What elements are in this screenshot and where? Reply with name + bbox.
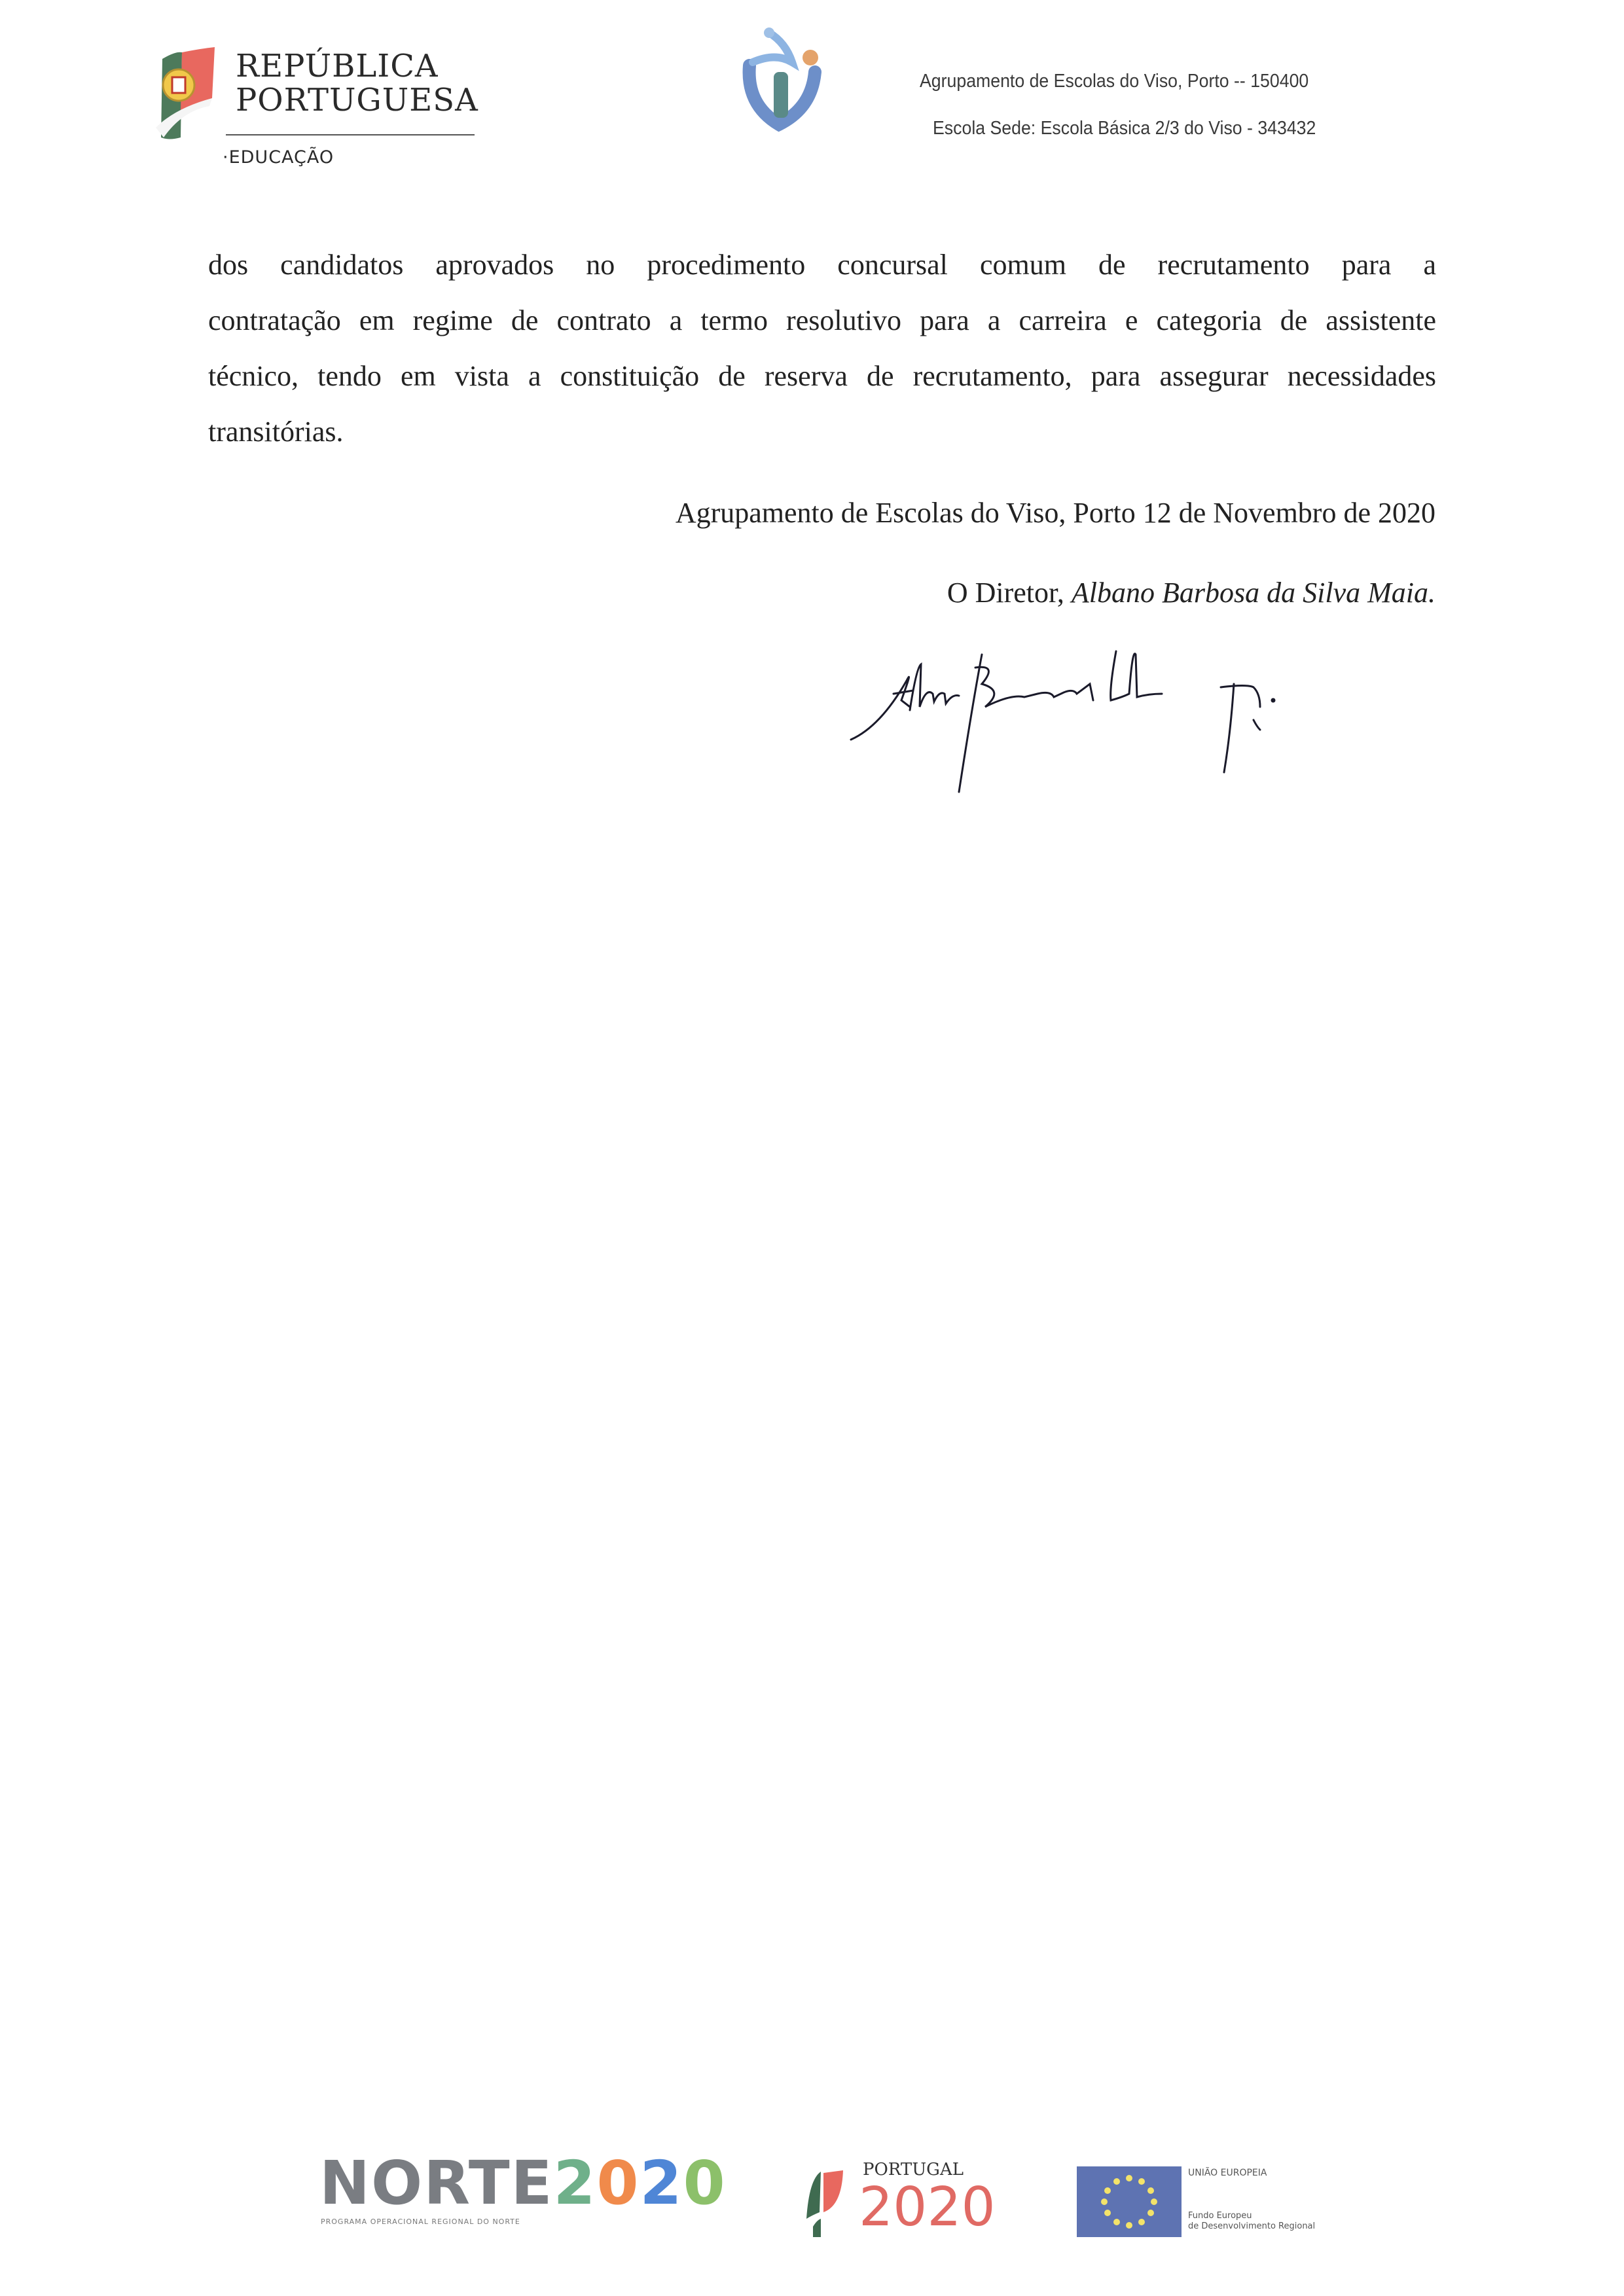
ministry-subtitle: ·EDUCAÇÃO xyxy=(223,147,334,168)
school-group-logo-icon xyxy=(740,26,825,137)
header-divider xyxy=(226,134,475,135)
eu-fund: Fundo Europeu de Desenvolvimento Regiona… xyxy=(1188,2211,1315,2232)
director-signoff: O Diretor, Albano Barbosa da Silva Maia. xyxy=(947,576,1435,609)
norte-subtitle: PROGRAMA OPERACIONAL REGIONAL DO NORTE xyxy=(321,2217,520,2226)
school-group-name: Agrupamento de Escolas do Viso, Porto --… xyxy=(920,71,1308,92)
body-paragraph: dos candidatos aprovados no procedimento… xyxy=(208,237,1436,459)
republica-portuguesa-title: REPÚBLICA PORTUGUESA xyxy=(236,49,478,117)
title-line-1: REPÚBLICA xyxy=(236,49,478,83)
body-line: transitórias. xyxy=(208,404,1436,459)
director-name: Albano Barbosa da Silva Maia. xyxy=(1072,577,1435,609)
eu-fund-line: Fundo Europeu xyxy=(1188,2211,1315,2221)
eu-fund-line: de Desenvolvimento Regional xyxy=(1188,2221,1315,2232)
norte-2020-logo: NORTE2020 xyxy=(319,2153,727,2214)
norte-digit: 2 xyxy=(554,2148,597,2218)
norte-digit: 0 xyxy=(597,2148,640,2218)
body-line: contratação em regime de contrato a term… xyxy=(208,293,1436,348)
place-and-date: Agrupamento de Escolas do Viso, Porto 12… xyxy=(676,496,1435,529)
eu-flag-icon xyxy=(1077,2166,1182,2237)
school-seat-name: Escola Sede: Escola Básica 2/3 do Viso -… xyxy=(933,118,1316,139)
portugal-2020-flag-icon xyxy=(804,2166,846,2238)
eu-title: UNIÃO EUROPEIA xyxy=(1188,2168,1267,2178)
norte-digit: 0 xyxy=(683,2148,727,2218)
portugal-year: 2020 xyxy=(859,2178,996,2237)
body-line: dos candidatos aprovados no procedimento… xyxy=(208,237,1436,293)
director-label: O Diretor, xyxy=(947,577,1072,609)
body-line: técnico, tendo em vista a constituição d… xyxy=(208,348,1436,404)
norte-word: NORTE xyxy=(319,2148,554,2218)
handwritten-signature-icon xyxy=(841,628,1417,798)
title-line-2: PORTUGUESA xyxy=(236,83,478,117)
footer-logos: NORTE2020 PROGRAMA OPERACIONAL REGIONAL … xyxy=(0,2134,1624,2238)
norte-digit: 2 xyxy=(640,2148,683,2218)
portugal-flag-emblem-icon xyxy=(149,46,221,144)
